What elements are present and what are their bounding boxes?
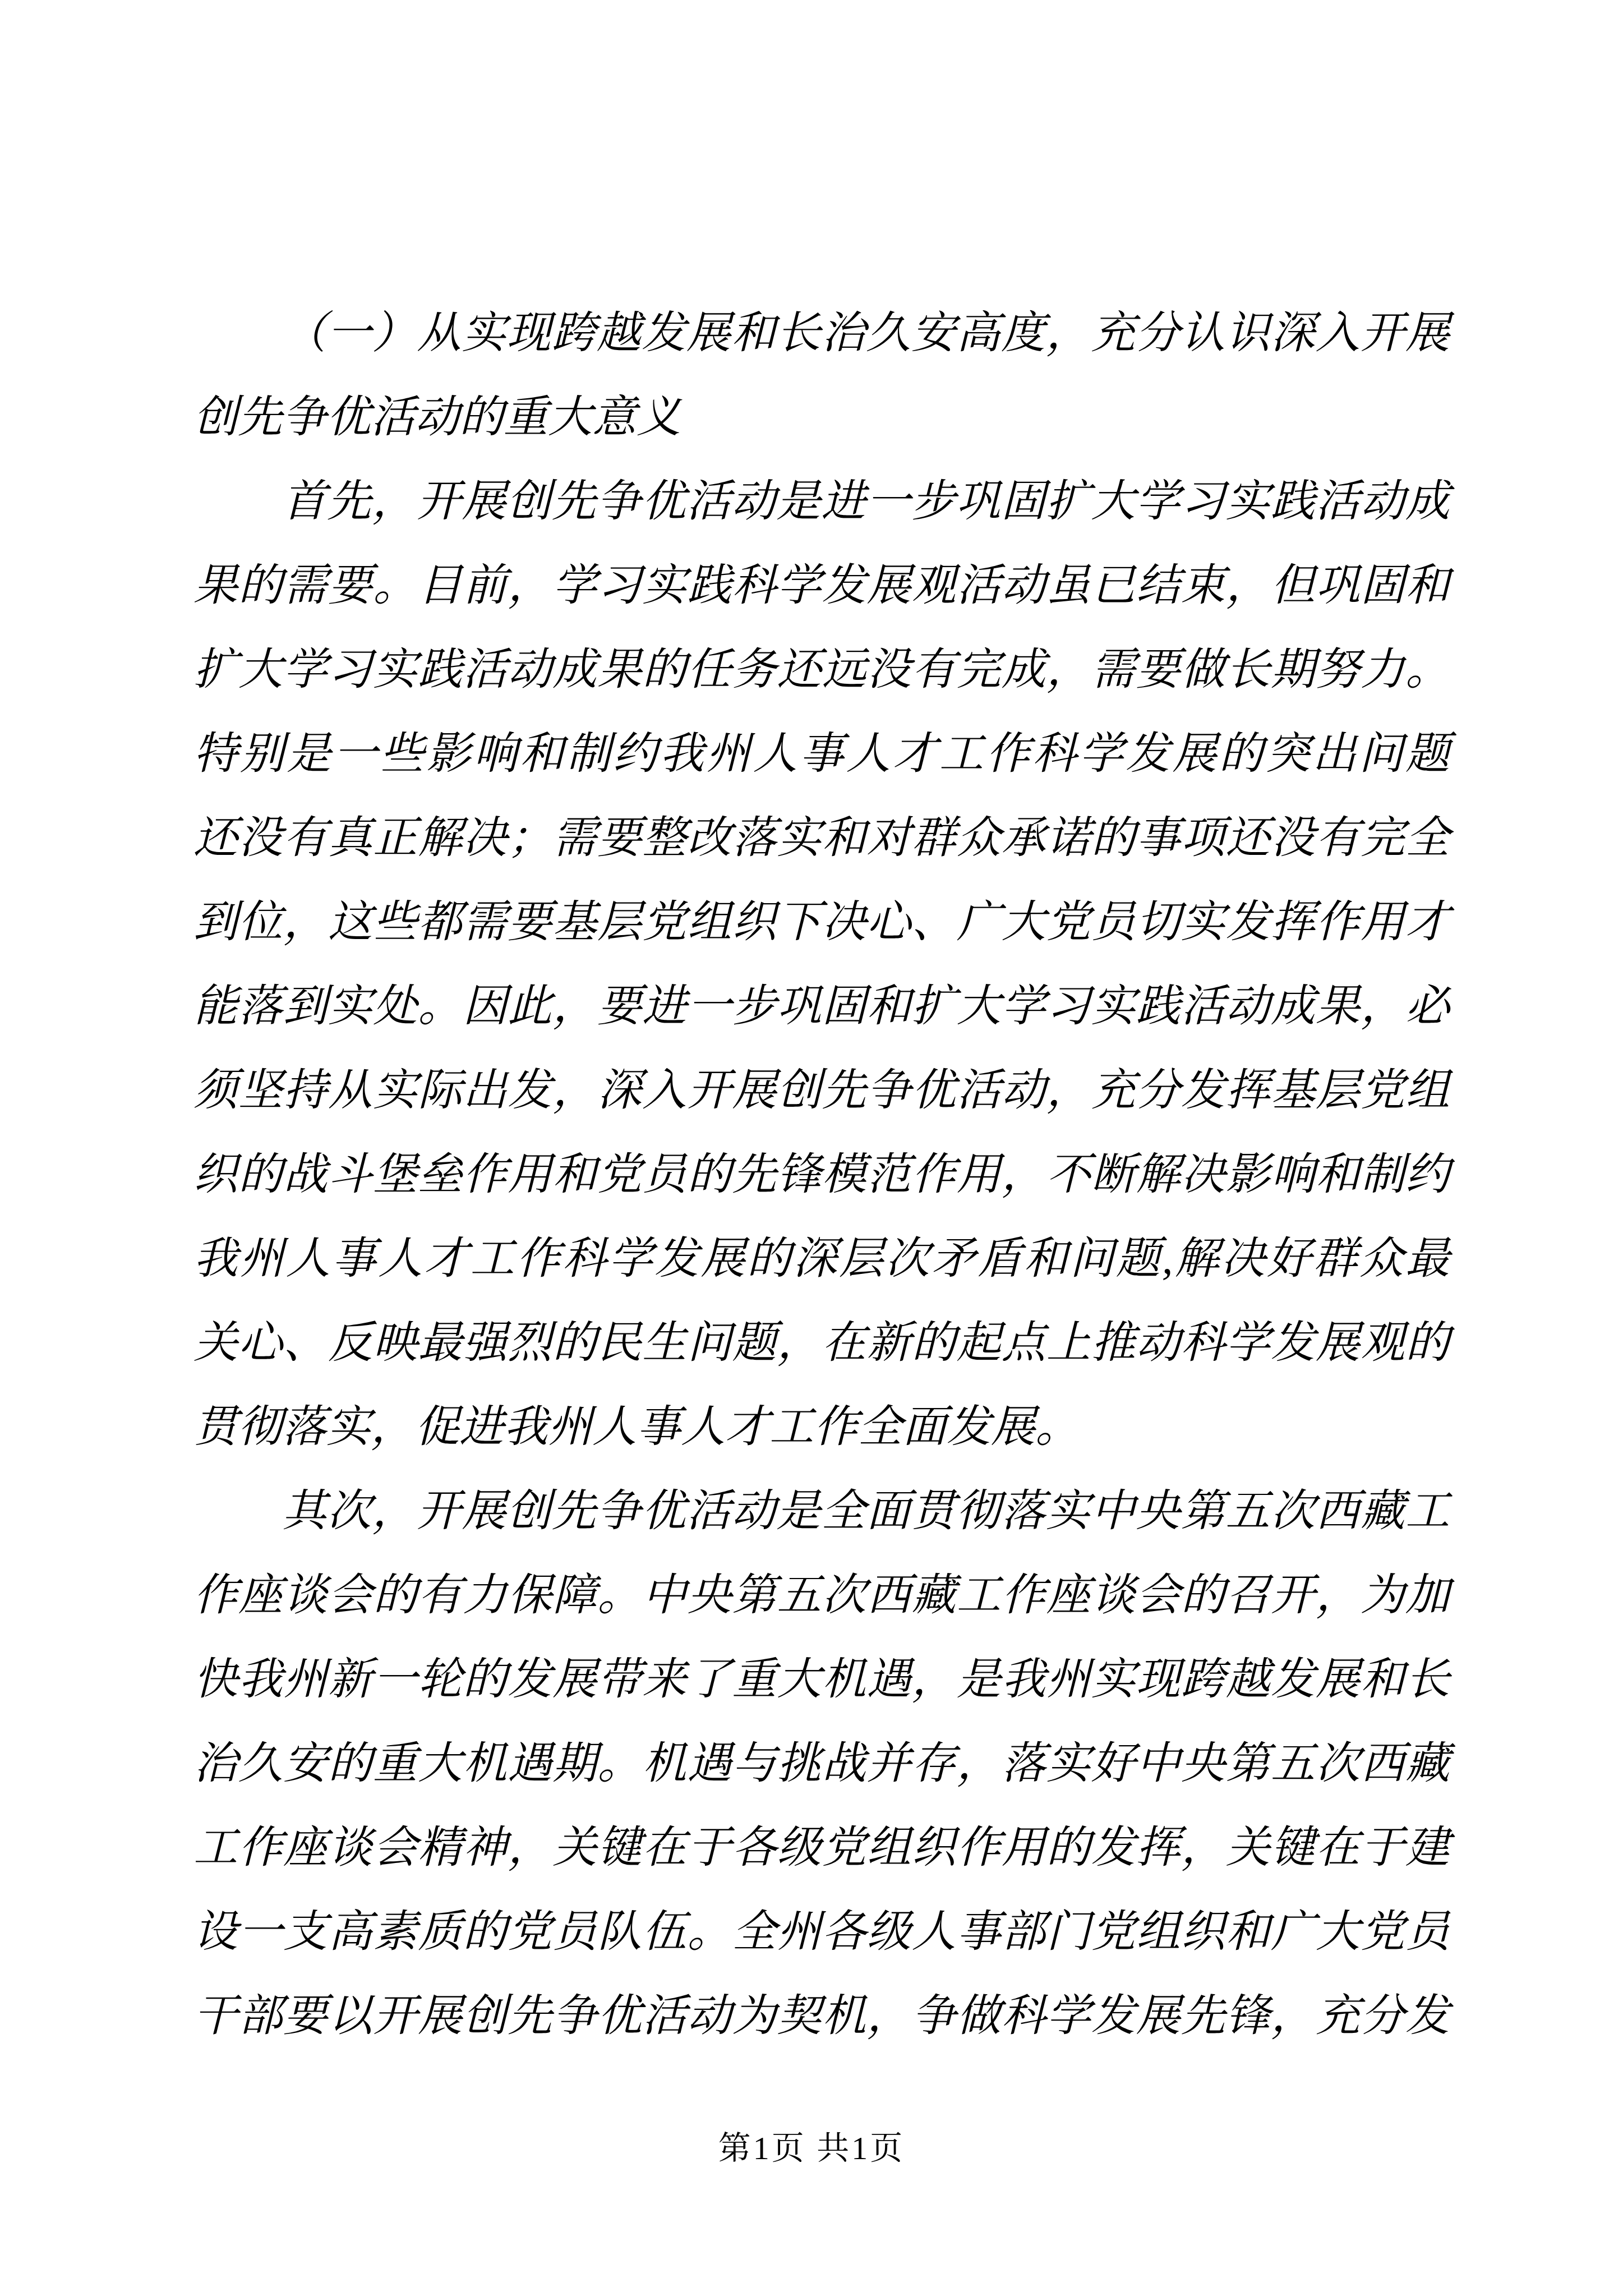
text-line: 关心、反映最强烈的民生问题，在新的起点上推动科学发展观的 xyxy=(193,1301,1450,1386)
text-line: 特别是一些影响和制约我州人事人才工作科学发展的突出问题 xyxy=(193,712,1450,797)
text-line: 设一支高素质的党员队伍。全州各级人事部门党组织和广大党员 xyxy=(193,1890,1450,1975)
text-line: 还没有真正解决；需要整改落实和对群众承诺的事项还没有完全 xyxy=(193,797,1450,881)
text-line: 果的需要。目前，学习实践科学发展观活动虽已结束，但巩固和 xyxy=(193,544,1450,628)
document-page: （一）从实现跨越发展和长治久安高度，充分认识深入开展 创先争优活动的重大意义 首… xyxy=(0,0,1623,2296)
page-footer: 第1页 共1页 xyxy=(0,2122,1623,2169)
text-line: 须坚持从实际出发，深入开展创先争优活动，充分发挥基层党组 xyxy=(193,1049,1450,1133)
text-line: 首先，开展创先争优活动是进一步巩固扩大学习实践活动成 xyxy=(193,460,1450,544)
text-line: 作座谈会的有力保障。中央第五次西藏工作座谈会的召开，为加 xyxy=(193,1554,1450,1638)
text-line: 我州人事人才工作科学发展的深层次矛盾和问题,解决好群众最 xyxy=(193,1217,1450,1301)
text-line: 干部要以开展创先争优活动为契机，争做科学发展先锋，充分发 xyxy=(193,1975,1450,2059)
text-line: 织的战斗堡垒作用和党员的先锋模范作用，不断解决影响和制约 xyxy=(193,1133,1450,1217)
text-line: 工作座谈会精神，关键在于各级党组织作用的发挥，关键在于建 xyxy=(193,1806,1450,1890)
text-line: 治久安的重大机遇期。机遇与挑战并存，落实好中央第五次西藏 xyxy=(193,1722,1450,1806)
text-line: 其次，开展创先争优活动是全面贯彻落实中央第五次西藏工 xyxy=(193,1470,1450,1554)
text-line: 贯彻落实，促进我州人事人才工作全面发展。 xyxy=(193,1386,1450,1470)
document-body: （一）从实现跨越发展和长治久安高度，充分认识深入开展 创先争优活动的重大意义 首… xyxy=(193,292,1450,2059)
text-line: 到位，这些都需要基层党组织下决心、广大党员切实发挥作用才 xyxy=(193,881,1450,965)
text-line: 扩大学习实践活动成果的任务还远没有完成，需要做长期努力。 xyxy=(193,628,1450,712)
text-line: 能落到实处。因此，要进一步巩固和扩大学习实践活动成果，必 xyxy=(193,965,1450,1049)
text-line: 快我州新一轮的发展带来了重大机遇，是我州实现跨越发展和长 xyxy=(193,1638,1450,1722)
text-line: 创先争优活动的重大意义 xyxy=(193,376,1450,460)
text-line: （一）从实现跨越发展和长治久安高度，充分认识深入开展 xyxy=(193,292,1450,376)
